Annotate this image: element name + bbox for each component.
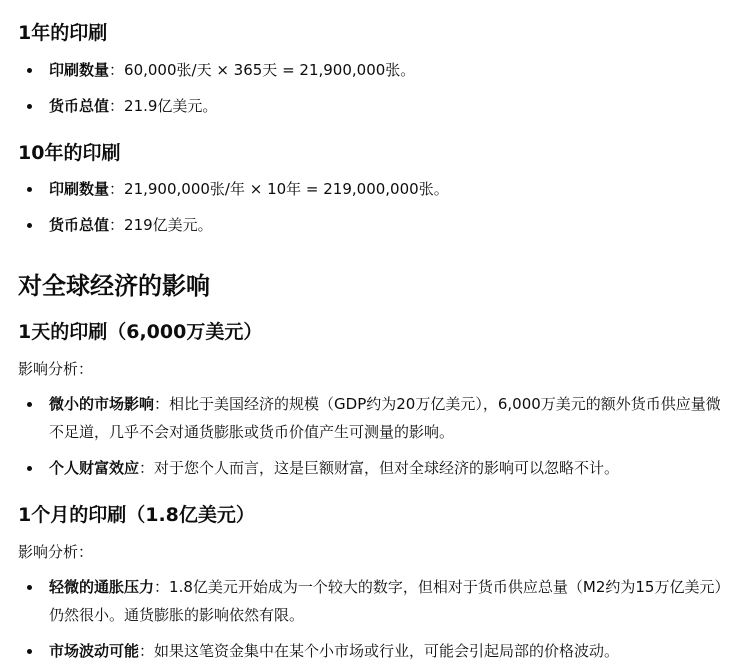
- list-item-print-quantity: 印刷数量：21,900,000张/年 × 10年 = 219,000,000张。: [18, 175, 730, 203]
- heading-1-day-printing: 1天的印刷（6,000万美元）: [18, 320, 262, 344]
- item-separator: ：: [109, 180, 124, 198]
- impact-analysis-label: 影响分析：: [18, 541, 93, 563]
- list-item-print-quantity: 印刷数量：60,000张/天 × 365天 = 21,900,000张。: [18, 56, 730, 84]
- list-item-market-volatility: 市场波动可能：如果这笔资金集中在某个小市场或行业，可能会引起局部的价格波动。: [18, 637, 730, 665]
- item-text: 219亿美元。: [124, 216, 213, 234]
- item-label: 印刷数量: [49, 180, 109, 198]
- bullet-icon: [27, 466, 32, 471]
- item-label: 微小的市场影响: [49, 395, 154, 413]
- item-separator: ：: [109, 61, 124, 79]
- list-item-currency-total: 货币总值：219亿美元。: [18, 211, 730, 239]
- list-1-month-impact: 轻微的通胀压力：1.8亿美元开始成为一个较大的数字，但相对于货币供应总量（M2约…: [18, 573, 730, 672]
- item-text: 对于您个人而言，这是巨额财富，但对全球经济的影响可以忽略不计。: [154, 459, 619, 477]
- item-label: 轻微的通胀压力: [49, 578, 154, 596]
- heading-global-impact: 对全球经济的影响: [18, 271, 210, 301]
- bullet-icon: [27, 187, 32, 192]
- item-separator: ：: [109, 216, 124, 234]
- item-label: 个人财富效应: [49, 459, 139, 477]
- item-label: 印刷数量: [49, 61, 109, 79]
- heading-1-year-printing: 1年的印刷: [18, 21, 107, 45]
- list-1-year-printing: 印刷数量：60,000张/天 × 365天 = 21,900,000张。 货币总…: [18, 56, 730, 128]
- item-text: 60,000张/天 × 365天 = 21,900,000张。: [124, 61, 415, 79]
- list-item-currency-total: 货币总值：21.9亿美元。: [18, 92, 730, 120]
- list-item-mild-inflation-pressure: 轻微的通胀压力：1.8亿美元开始成为一个较大的数字，但相对于货币供应总量（M2约…: [18, 573, 730, 629]
- bullet-icon: [27, 223, 32, 228]
- impact-analysis-label: 影响分析：: [18, 358, 93, 380]
- list-10-year-printing: 印刷数量：21,900,000张/年 × 10年 = 219,000,000张。…: [18, 175, 730, 247]
- item-separator: ：: [139, 459, 154, 477]
- item-separator: ：: [139, 642, 154, 660]
- item-text: 21.9亿美元。: [124, 97, 217, 115]
- heading-10-year-printing: 10年的印刷: [18, 141, 120, 165]
- bullet-icon: [27, 585, 32, 590]
- item-label: 货币总值: [49, 216, 109, 234]
- bullet-icon: [27, 68, 32, 73]
- item-separator: ：: [109, 97, 124, 115]
- bullet-icon: [27, 402, 32, 407]
- list-item-personal-wealth-effect: 个人财富效应：对于您个人而言，这是巨额财富，但对全球经济的影响可以忽略不计。: [18, 454, 730, 482]
- bullet-icon: [27, 104, 32, 109]
- item-label: 市场波动可能: [49, 642, 139, 660]
- item-label: 货币总值: [49, 97, 109, 115]
- item-separator: ：: [154, 395, 169, 413]
- list-item-minor-market-impact: 微小的市场影响：相比于美国经济的规模（GDP约为20万亿美元），6,000万美元…: [18, 390, 730, 446]
- item-text: 如果这笔资金集中在某个小市场或行业，可能会引起局部的价格波动。: [154, 642, 619, 660]
- item-separator: ：: [154, 578, 169, 596]
- bullet-icon: [27, 649, 32, 654]
- heading-1-month-printing: 1个月的印刷（1.8亿美元）: [18, 503, 255, 527]
- list-1-day-impact: 微小的市场影响：相比于美国经济的规模（GDP约为20万亿美元），6,000万美元…: [18, 390, 730, 490]
- item-text: 21,900,000张/年 × 10年 = 219,000,000张。: [124, 180, 449, 198]
